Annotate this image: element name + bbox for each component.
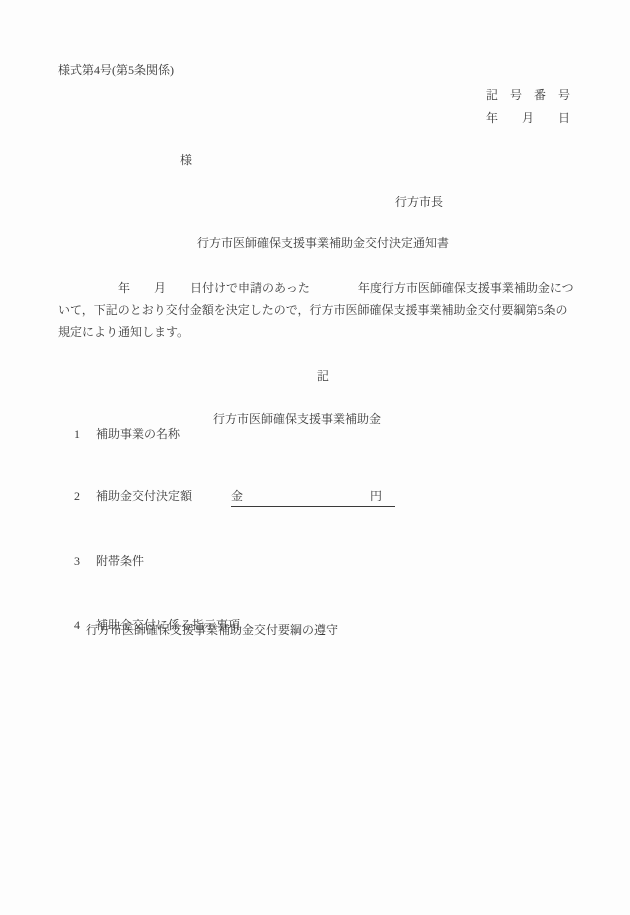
item-2-number: 2 bbox=[74, 489, 96, 504]
item-3-label: 附帯条件 bbox=[96, 554, 144, 568]
document-page: 様式第4号(第5条関係) 記 号 番 号 年 月 日 様 行方市長 行方市医師確… bbox=[0, 0, 630, 915]
reference-number-field: 記 号 番 号 bbox=[486, 88, 570, 102]
item-1-number: 1 bbox=[74, 427, 96, 442]
item-2-label: 補助金交付決定額 bbox=[96, 489, 192, 503]
record-marker: 記 bbox=[0, 369, 630, 383]
document-title: 行方市医師確保支援事業補助金交付決定通知書 bbox=[0, 236, 630, 250]
amount-blank-underline: 金 円 bbox=[231, 487, 395, 507]
date-field: 年 月 日 bbox=[486, 111, 570, 125]
form-number: 様式第4号(第5条関係) bbox=[58, 63, 174, 77]
amount-suffix: 円 bbox=[370, 487, 382, 504]
item-1-value: 行方市医師確保支援事業補助金 bbox=[213, 410, 381, 427]
item-4-sub-line: 行方市医師確保支援事業補助金交付要綱の遵守 bbox=[86, 623, 338, 637]
item-1-label: 補助事業の名称 bbox=[96, 427, 180, 441]
body-paragraph-line-3: 規定により通知します。 bbox=[58, 325, 189, 339]
amount-prefix: 金 bbox=[231, 487, 243, 504]
item-3-number: 3 bbox=[74, 554, 96, 569]
item-row-3: 3附帯条件 bbox=[62, 537, 144, 584]
addressee-suffix: 様 bbox=[180, 153, 192, 167]
sender-title: 行方市長 bbox=[395, 195, 443, 209]
body-paragraph-line-1: 年 月 日付けで申請のあった 年度行方市医師確保支援事業補助金につ bbox=[58, 281, 574, 295]
body-paragraph-line-2: いて，下記のとおり交付金額を決定したので，行方市医師確保支援事業補助金交付要綱第… bbox=[58, 303, 568, 317]
item-row-1: 1補助事業の名称 行方市医師確保支援事業補助金 bbox=[62, 410, 180, 472]
item-row-2: 2補助金交付決定額 金 円 bbox=[62, 472, 192, 534]
